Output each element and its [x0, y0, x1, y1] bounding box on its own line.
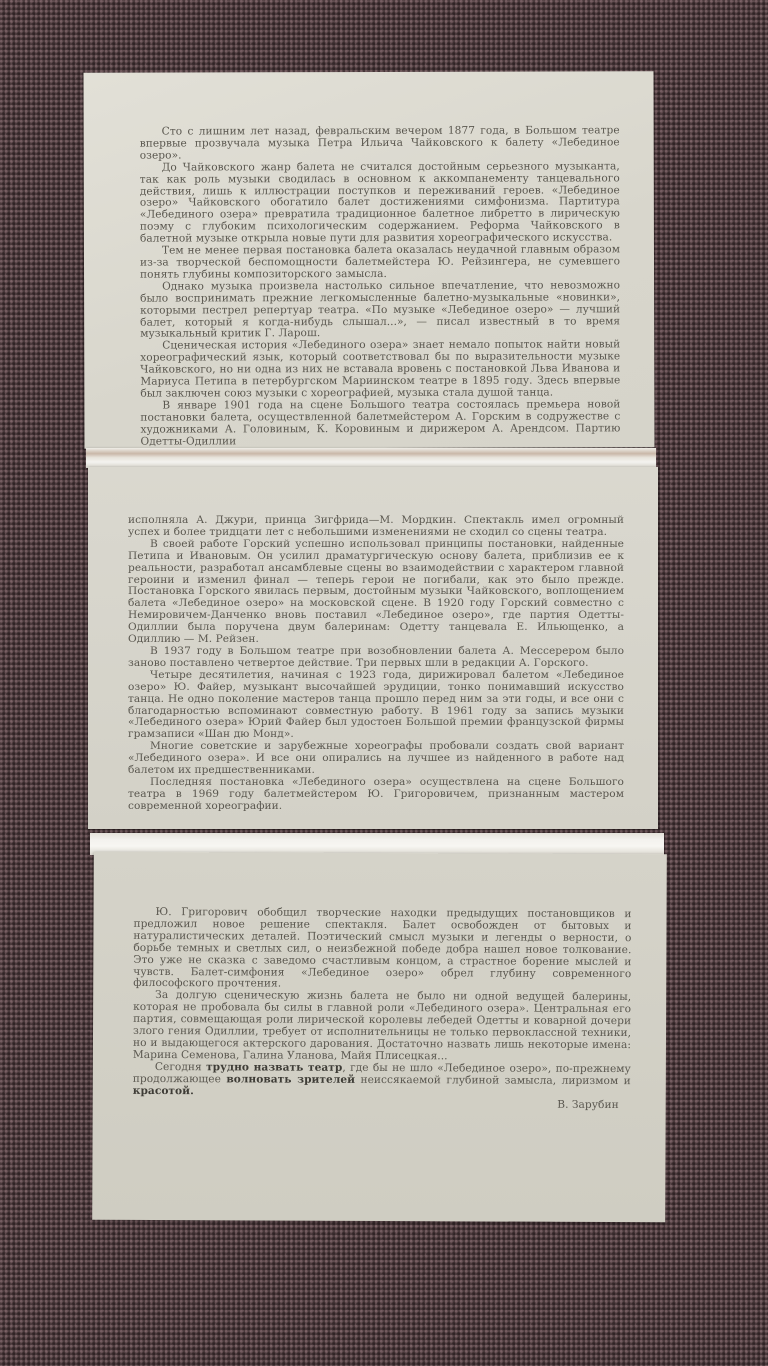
paragraph: Однако музыка произвела настолько сильно… — [140, 280, 620, 341]
leaflet-panel-top: Сто с лишним лет назад, февральским вече… — [84, 71, 655, 448]
closing-text: Сегодня — [155, 1061, 206, 1073]
closing-emphasis: волновать зрителей — [226, 1073, 355, 1086]
paragraph: Сценическая история «Лебединого озера» з… — [140, 340, 620, 401]
folded-leaflet: Сто с лишним лет назад, февральским вече… — [0, 0, 768, 1366]
paragraph: исполняла А. Джури, принца Зигфрида—М. М… — [128, 515, 624, 539]
paragraph: В 1937 году в Большом театре при возобно… — [128, 646, 624, 670]
panel-top-text: Сто с лишним лет назад, февральским вече… — [140, 125, 621, 448]
closing-emphasis: красотой. — [133, 1085, 194, 1097]
paragraph: В своей работе Горский успешно использов… — [128, 539, 624, 646]
paragraph: Сто с лишним лет назад, февральским вече… — [140, 125, 620, 162]
leaflet-panel-middle: исполняла А. Джури, принца Зигфрида—М. М… — [88, 467, 658, 829]
fold-crease-upper — [86, 448, 656, 468]
paragraph: Четыре десятилетия, начиная с 1923 года,… — [128, 670, 624, 741]
panel-bottom-text: Ю. Григорович обобщил творческие находки… — [133, 907, 632, 1112]
paragraph: Многие советские и зарубежные хореографы… — [128, 741, 624, 777]
paragraph: Ю. Григорович обобщил творческие находки… — [133, 907, 631, 993]
closing-text: неиссякаемой глубиной замысла, лиризмом … — [355, 1074, 631, 1087]
panel-middle-text: исполняла А. Джури, принца Зигфрида—М. М… — [128, 515, 624, 813]
closing-emphasis: трудно назвать театр — [206, 1061, 342, 1074]
paragraph: Последняя постановка «Лебединого озера» … — [128, 777, 624, 813]
closing-paragraph: Сегодня трудно назвать театр, где бы не … — [133, 1062, 631, 1100]
paragraph: Тем не менее первая постановка балета ок… — [140, 244, 620, 281]
author-signature: В. Зарубин — [133, 1097, 631, 1111]
paragraph: До Чайковского жанр балета не считался д… — [140, 161, 620, 246]
paragraph: В январе 1901 года на сцене Большого теа… — [140, 399, 620, 448]
paragraph: За долгую сценическую жизнь балета не бы… — [133, 990, 631, 1064]
leaflet-panel-bottom: Ю. Григорович обобщил творческие находки… — [92, 852, 667, 1222]
